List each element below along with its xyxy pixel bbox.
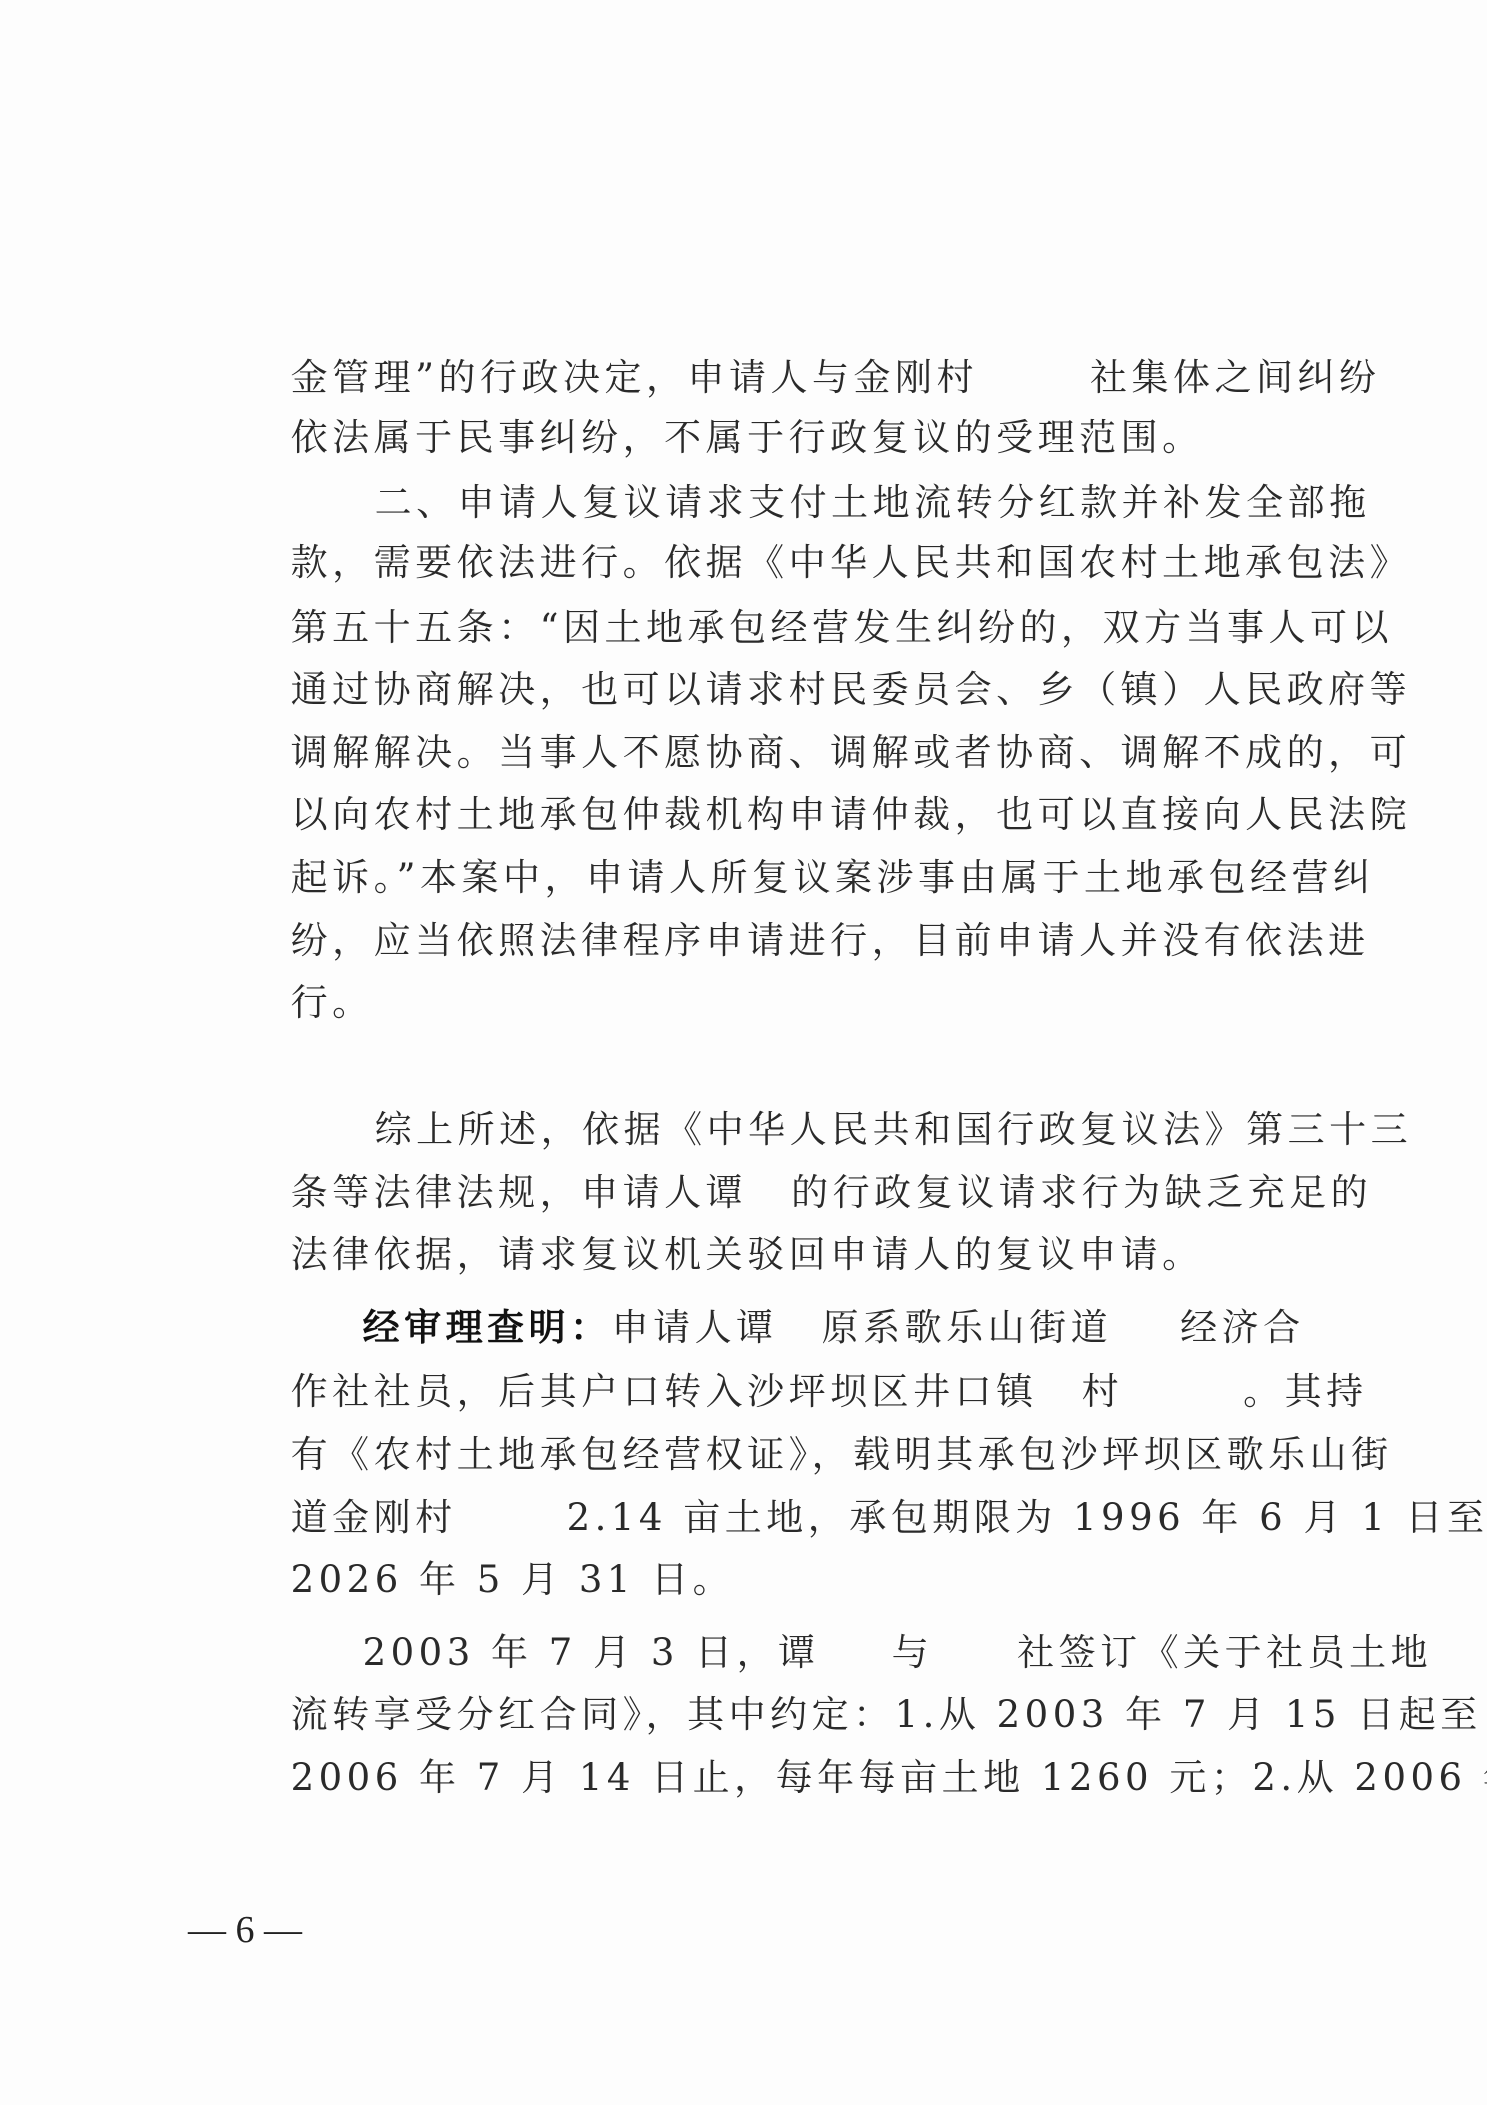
text-line: 条等法律法规，申请人谭的行政复议请求行为缺乏充足的 bbox=[193, 1103, 1372, 1163]
text-line: 金管理”的行政决定，申请人与金刚村社集体之间纠纷 bbox=[193, 288, 1381, 348]
text-line: 2003 年 7 月 3 日，谭与社签订《关于社员土地 bbox=[265, 1563, 1432, 1623]
text-line: 通过协商解决，也可以请求村民委员会、乡（镇）人民政府等 bbox=[193, 600, 1411, 660]
text-line: 第五十五条：“因土地承包经营发生纠纷的，双方当事人可以 bbox=[193, 538, 1393, 598]
text-line: 流转享受分红合同》，其中约定：1.从 2003 年 7 月 15 日起至 bbox=[193, 1625, 1482, 1685]
text-line: 二、申请人复议请求支付土地流转分红款并补发全部拖 bbox=[277, 413, 1371, 473]
text-line: 有《农村土地承包经营权证》，载明其承包沙坪坝区歌乐山街 bbox=[193, 1365, 1393, 1425]
text-line: 起诉。”本案中，申请人所复议案涉事由属于土地承包经营纠 bbox=[193, 788, 1375, 848]
text-line: 道金刚村2.14 亩土地，承包期限为 1996 年 6 月 1 日至 bbox=[193, 1428, 1487, 1488]
text-line: 以向农村土地承包仲裁机构申请仲裁，也可以直接向人民法院 bbox=[193, 725, 1411, 785]
text-line: 纷，应当依照法律程序申请进行，目前申请人并没有依法进 bbox=[193, 851, 1370, 911]
text-line: 依法属于民事纠纷，不属于行政复议的受理范围。 bbox=[193, 348, 1204, 408]
text-segment: 纷，应当依照法律程序申请进行，目前申请人并没有依法进 bbox=[291, 919, 1370, 962]
text-line: 作社社员，后其户口转入沙坪坝区井口镇村。其持 bbox=[193, 1302, 1368, 1362]
text-line: 行。 bbox=[193, 913, 374, 973]
page-number: — 6 — bbox=[188, 1900, 302, 1960]
text-line: 综上所述，依据《中华人民共和国行政复议法》第三十三 bbox=[277, 1040, 1412, 1100]
text-line: 款，需要依法进行。依据《中华人民共和国农村土地承包法》 bbox=[193, 473, 1411, 533]
text-line: 2006 年 7 月 14 日止，每年每亩土地 1260 元；2.从 2006 … bbox=[193, 1688, 1487, 1748]
text-line: 法律依据，请求复议机关驳回申请人的复议申请。 bbox=[193, 1165, 1204, 1225]
text-segment: 2006 年 7 月 14 日止，每年每亩土地 1260 元；2.从 2006 … bbox=[291, 1756, 1487, 1799]
text-line: 2026 年 5 月 31 日。 bbox=[193, 1490, 734, 1550]
text-line: 经审理查明：申请人谭原系歌乐山街道经济合 bbox=[265, 1238, 1305, 1298]
document-page: 金管理”的行政决定，申请人与金刚村社集体之间纠纷 依法属于民事纠纷，不属于行政复… bbox=[0, 0, 1487, 2105]
text-segment: 行。 bbox=[291, 981, 374, 1024]
text-line: 调解解决。当事人不愿协商、调解或者协商、调解不成的，可 bbox=[193, 663, 1411, 723]
